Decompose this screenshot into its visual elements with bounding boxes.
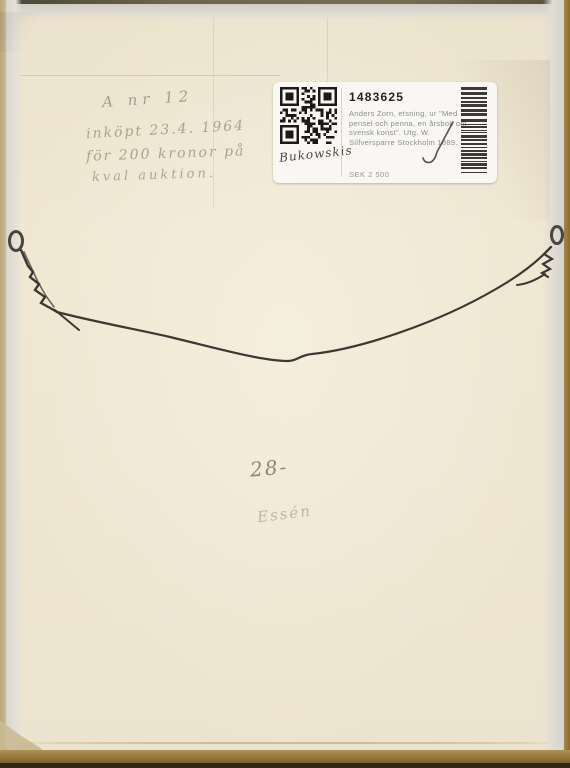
left-eyelet-icon <box>10 232 23 251</box>
barcode-icon <box>461 87 489 177</box>
estimate-price: SEK 2 500 <box>349 170 389 179</box>
checkmark-icon <box>419 116 465 168</box>
label-divider <box>341 88 342 177</box>
lot-number: 1483625 <box>349 90 404 104</box>
qr-code-icon <box>280 87 337 144</box>
bukowskis-logo: Bukowskis <box>278 143 353 165</box>
framed-artwork-back-photo: A nr 12 inköpt 23.4. 1964 för 200 kronor… <box>0 0 570 768</box>
right-eyelet-icon <box>552 227 563 244</box>
auction-label: Bukowskis 1483625 Anders Zorn, etsning, … <box>273 82 497 183</box>
